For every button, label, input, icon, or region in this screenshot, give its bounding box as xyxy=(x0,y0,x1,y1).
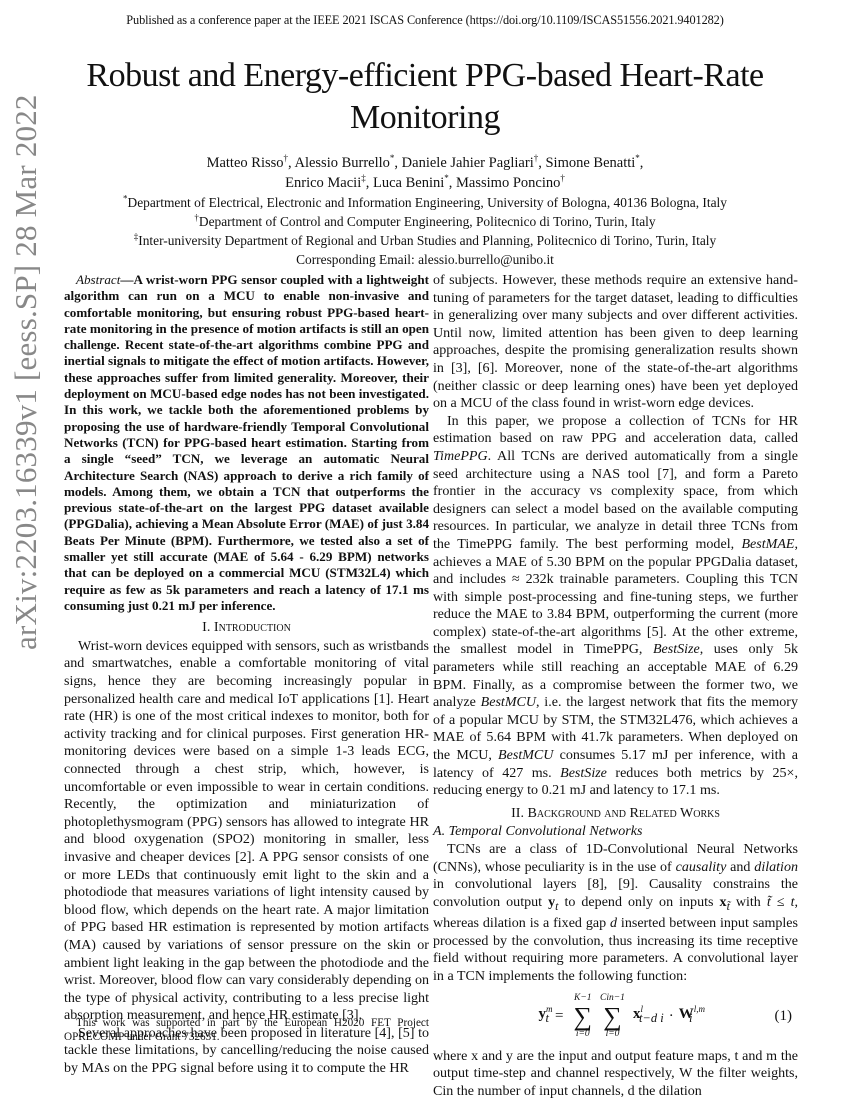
author: Alessio Burrello*, xyxy=(294,155,401,171)
model-family-name: TimePPG xyxy=(433,448,488,464)
author: Enrico Macii‡, xyxy=(285,175,373,191)
section-heading-background: II. Background and Related Works xyxy=(433,805,798,823)
author: Daniele Jahier Pagliari†, xyxy=(402,155,546,171)
author-line-2: Enrico Macii‡, Luca Benini*, Massimo Pon… xyxy=(60,173,790,193)
abstract-text: A wrist-worn PPG sensor coupled with a l… xyxy=(64,272,429,613)
right-column: of subjects. However, these methods requ… xyxy=(433,272,798,1100)
affiliation: †Department of Control and Computer Engi… xyxy=(50,212,800,231)
arxiv-stamp: arXiv:2203.16339v1 [eess.SP] 28 Mar 2022 xyxy=(8,94,44,650)
section-heading-introduction: I. Introduction xyxy=(64,619,429,637)
author: Simone Benatti*, xyxy=(545,155,643,171)
equation-1: ymt = K−1∑i=0 Cin−1∑l=0 xlt−d i · Wl,mi … xyxy=(433,988,798,1046)
summation-i: K−1∑i=0 xyxy=(574,994,593,1039)
author-line-1: Matteo Risso†, Alessio Burrello*, Daniel… xyxy=(60,153,790,173)
author: Massimo Poncino† xyxy=(456,175,565,191)
equation-number: (1) xyxy=(775,1008,793,1026)
publication-note: Published as a conference paper at the I… xyxy=(0,13,850,28)
author: Matteo Risso†, xyxy=(207,155,295,171)
intro-paragraph-1: Wrist-worn devices equipped with sensors… xyxy=(64,638,429,1025)
subsection-heading-tcn: A. Temporal Convolutional Networks xyxy=(433,823,798,841)
summation-l: Cin−1∑l=0 xyxy=(600,994,625,1039)
corresponding-email: Corresponding Email: alessio.burrello@un… xyxy=(50,250,800,269)
model-name: BestMAE xyxy=(741,536,794,552)
author: Luca Benini*, xyxy=(373,175,456,191)
author-list: Matteo Risso†, Alessio Burrello*, Daniel… xyxy=(60,153,790,193)
model-name: BestSize xyxy=(560,765,607,781)
model-name: BestMCU xyxy=(498,747,553,763)
funding-footnote: This work was supported in part by the E… xyxy=(64,1017,429,1044)
affiliations: *Department of Electrical, Electronic an… xyxy=(50,193,800,269)
abstract-label: Abstract xyxy=(76,272,120,287)
intro-proposal-paragraph: In this paper, we propose a collection o… xyxy=(433,413,798,800)
affiliation: *Department of Electrical, Electronic an… xyxy=(50,193,800,212)
model-name: BestSize xyxy=(653,641,700,657)
left-column: Abstract—A wrist-worn PPG sensor coupled… xyxy=(64,272,429,1078)
abstract: Abstract—A wrist-worn PPG sensor coupled… xyxy=(64,272,429,614)
equation-explanation: where x and y are the input and output f… xyxy=(433,1048,798,1100)
model-name: BestMCU xyxy=(481,694,536,710)
paper-title: Robust and Energy-efficient PPG-based He… xyxy=(60,55,790,139)
tcn-paragraph: TCNs are a class of 1D-Convolutional Neu… xyxy=(433,841,798,986)
affiliation: ‡Inter-university Department of Regional… xyxy=(50,231,800,250)
intro-continuation: of subjects. However, these methods requ… xyxy=(433,272,798,413)
